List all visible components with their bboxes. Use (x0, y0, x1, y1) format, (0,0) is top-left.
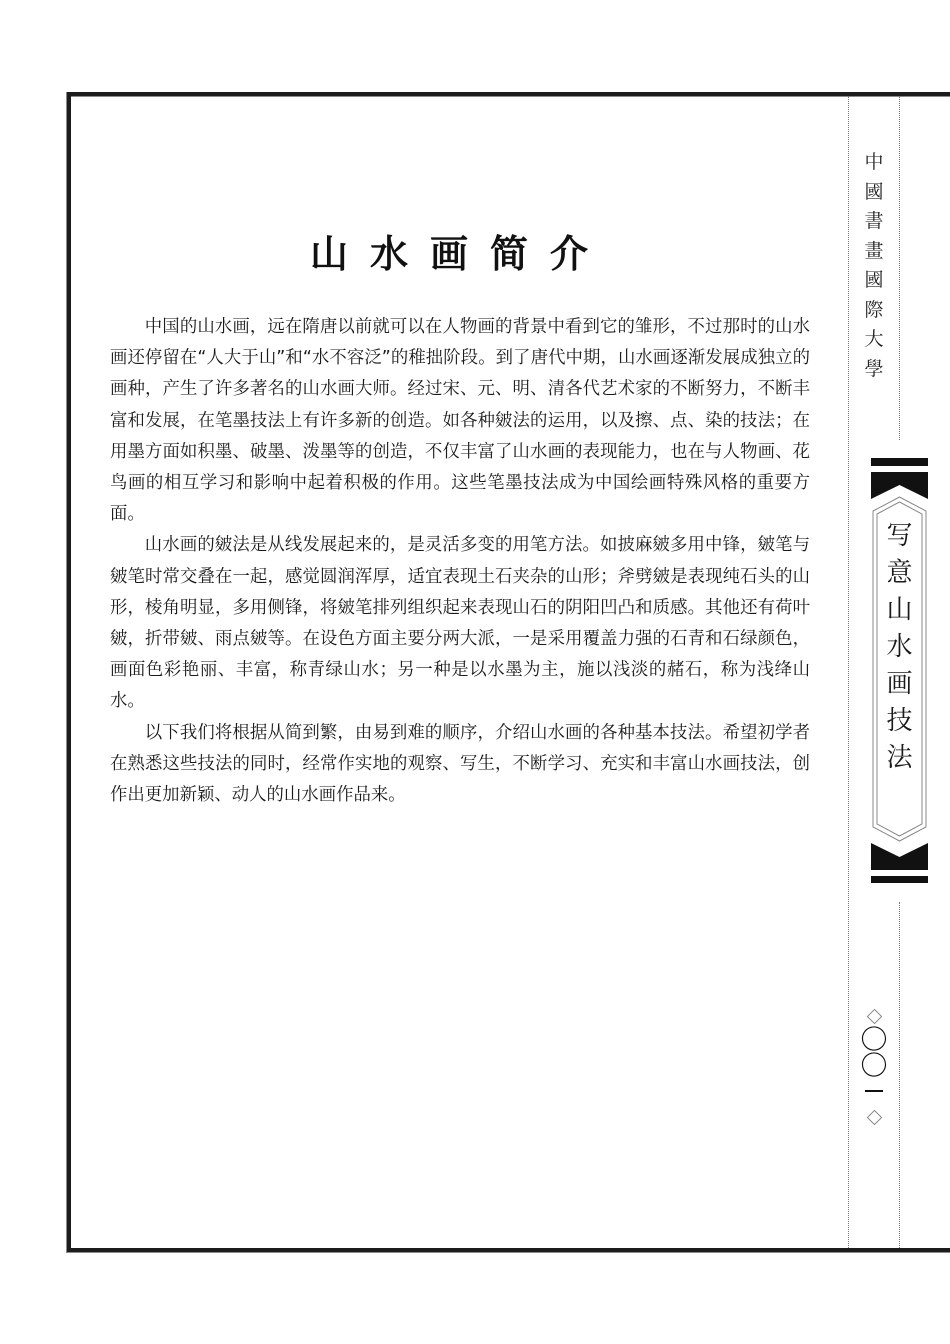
school-name-char: 畫 (864, 237, 883, 267)
book-title-char: 写 (886, 518, 912, 555)
page-number-digit: 〇 (861, 1054, 888, 1080)
badge-bottom-bar (871, 876, 928, 883)
diamond-icon (866, 1009, 882, 1025)
paragraph: 山水画的皴法是从线发展起来的，是灵活多变的用笔方法。如披麻皴多用中锋，皴笔与皴笔… (110, 530, 810, 717)
school-name-char: 國 (864, 266, 883, 296)
frame-bottom-border (66, 1248, 950, 1253)
margin-rule-right-lower (899, 902, 901, 1248)
school-name-char: 書 (864, 207, 883, 237)
school-name-vertical: 中 國 書 畫 國 際 大 學 (860, 148, 888, 384)
school-name-char: 中 (864, 148, 883, 178)
body-text: 中国的山水画，远在隋唐以前就可以在人物画的背景中看到它的雏形，不过那时的山水画还… (110, 312, 810, 811)
page-number: 〇 〇 (858, 1005, 890, 1129)
page-number-digit-one (865, 1090, 883, 1092)
paragraph: 以下我们将根据从简到繁，由易到难的顺序，介绍山水画的各种基本技法。希望初学者在熟… (110, 718, 810, 812)
book-title-badge: 写 意 山 水 画 技 法 (871, 455, 928, 885)
book-title-char: 山 (886, 592, 912, 629)
frame-top-border (66, 92, 950, 97)
book-title-vertical: 写 意 山 水 画 技 法 (871, 518, 928, 777)
book-title-char: 意 (886, 555, 912, 592)
book-title-char: 法 (886, 740, 912, 777)
school-name-char: 學 (864, 355, 883, 385)
paragraph: 中国的山水画，远在隋唐以前就可以在人物画的背景中看到它的雏形，不过那时的山水画还… (110, 312, 810, 530)
book-title-char: 水 (886, 629, 912, 666)
school-name-char: 際 (864, 296, 883, 326)
book-title-char: 技 (886, 703, 912, 740)
school-name-char: 大 (864, 325, 883, 355)
school-name-char: 國 (864, 178, 883, 208)
book-title-char: 画 (886, 666, 912, 703)
page-title: 山水画简介 (0, 223, 920, 278)
diamond-icon (866, 1110, 882, 1126)
